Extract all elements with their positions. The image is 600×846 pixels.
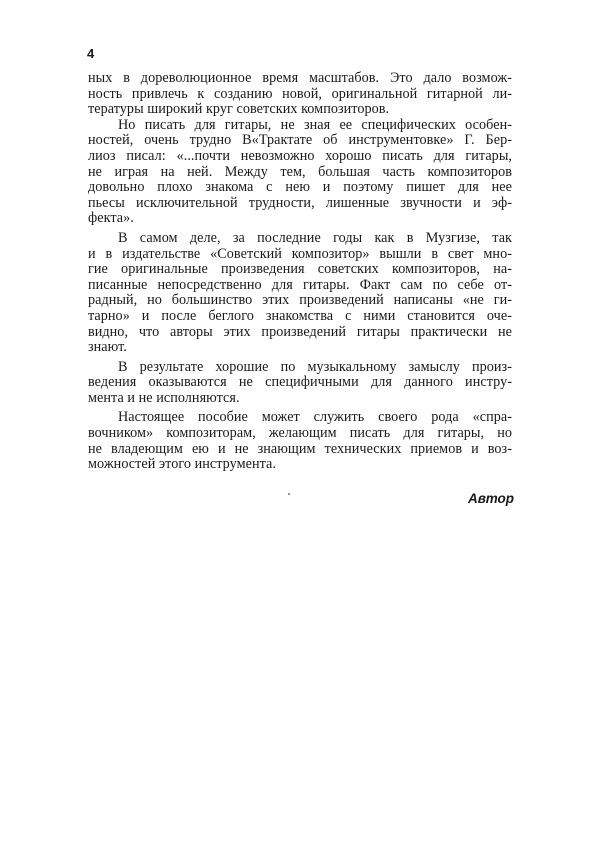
- text-line: вочником» композиторам, желающим писать …: [88, 426, 512, 442]
- paragraph-5: Настоящее пособие может служить своего р…: [88, 410, 512, 472]
- text-line: и в издательстве «Советский композитор» …: [88, 247, 512, 263]
- paragraph-1: ных в дореволюционное время масштабов. Э…: [88, 71, 512, 118]
- paragraph-2: Но писать для гитары, не зная ее специфи…: [88, 118, 512, 227]
- scan-speck: [288, 493, 290, 495]
- text-line: не владеющим ею и не знающим технических…: [88, 442, 512, 458]
- text-line: фекта».: [88, 211, 512, 227]
- text-line: тарно» и после беглого знакомства с ними…: [88, 309, 512, 325]
- text-line: знают.: [88, 340, 512, 356]
- text-line: гие оригинальные произведения советских …: [88, 262, 512, 278]
- text-line: Но писать для гитары, не зная ее специфи…: [88, 118, 512, 134]
- page-number: 4: [87, 46, 94, 61]
- paragraph-4: В результате хорошие по музыкальному зам…: [88, 360, 512, 407]
- text-line: можностей этого инструмента.: [88, 457, 512, 473]
- body-text: ных в дореволюционное время масштабов. Э…: [88, 71, 512, 473]
- author-signature: Автор: [468, 491, 514, 506]
- text-line: ность привлечь к созданию новой, оригина…: [88, 87, 512, 103]
- text-line: видно, что авторы этих произведений гита…: [88, 325, 512, 341]
- text-line: лиоз писал: «...почти невозможно хорошо …: [88, 149, 512, 165]
- text-line: ных в дореволюционное время масштабов. Э…: [88, 71, 512, 87]
- text-line: ведения оказываются не специфичными для …: [88, 375, 512, 391]
- text-line: довольно плохо знакома с нею и поэтому п…: [88, 180, 512, 196]
- text-line: тературы широкий круг советских композит…: [88, 102, 512, 118]
- text-line: Настоящее пособие может служить своего р…: [88, 410, 512, 426]
- text-line: пьесы исключительной трудности, лишенные…: [88, 196, 512, 212]
- text-line: не играя на ней. Между тем, большая част…: [88, 165, 512, 181]
- text-line: радный, но большинство этих произведений…: [88, 293, 512, 309]
- text-line: писанные непосредственно для гитары. Фак…: [88, 278, 512, 294]
- text-line: В результате хорошие по музыкальному зам…: [88, 360, 512, 376]
- text-line: ностей, очень трудно В«Трактате об инстр…: [88, 133, 512, 149]
- text-line: мента и не исполняются.: [88, 391, 512, 407]
- text-line: В самом деле, за последние годы как в Му…: [88, 231, 512, 247]
- paragraph-3: В самом деле, за последние годы как в Му…: [88, 231, 512, 356]
